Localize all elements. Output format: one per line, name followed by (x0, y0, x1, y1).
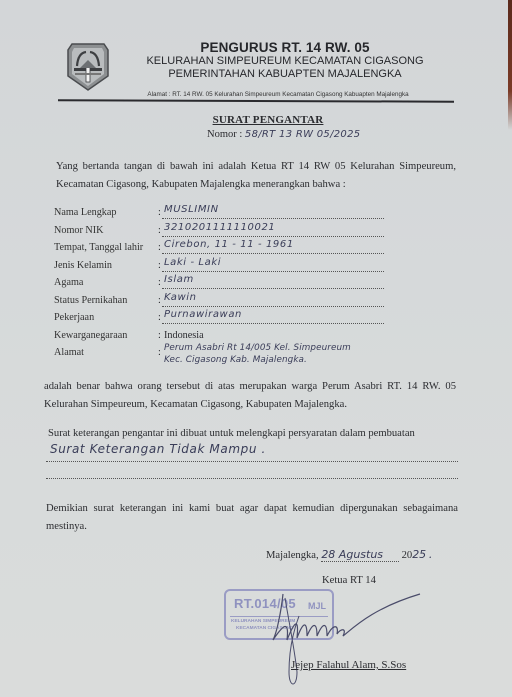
date-year-suffix: 25 (412, 548, 426, 561)
field-label: Alamat (54, 347, 84, 358)
handwritten-signature-icon (255, 592, 435, 692)
letterhead-address: Alamat : RT. 14 RW. 05 Kelurahan Simpeur… (108, 91, 448, 98)
background-edge (508, 0, 512, 130)
field-label: Tempat, Tanggal lahir (54, 242, 143, 253)
field-label: Pekerjaan (54, 312, 94, 323)
field-nama: Nama Lengkap : MUSLIMIN (54, 205, 384, 223)
field-label: Nomor NIK (54, 225, 104, 236)
letterhead-divider (58, 99, 454, 103)
letterhead-kabupaten: PEMERINTAHAN KABUAPTEN MAJALENGKA (120, 68, 450, 81)
signer-name: Jejep Falahul Alam, S.Sos (291, 659, 406, 671)
letterhead: PENGURUS RT. 14 RW. 05 KELURAHAN SIMPEUR… (120, 40, 450, 80)
field-jenis-kelamin: Jenis Kelamin : Laki - Laki (54, 258, 384, 276)
date-place: Majalengka, (266, 550, 319, 561)
field-value: MUSLIMIN (164, 204, 219, 215)
field-nik: Nomor NIK : 3210201111110021 (54, 223, 384, 241)
field-value: Kawin (164, 292, 197, 303)
statement-paragraph: adalah benar bahwa orang tersebut di ata… (44, 378, 456, 414)
emblem-logo-icon (66, 40, 110, 92)
field-value: 3210201111110021 (164, 222, 275, 233)
field-label: Kewarganegaraan (54, 330, 127, 341)
field-ttl: Tempat, Tanggal lahir : Cirebon, 11 - 11… (54, 240, 384, 258)
field-value: Purnawirawan (164, 309, 242, 320)
address-line-2: Kec. Cigasong Kab. Majalengka. (164, 354, 351, 366)
letterhead-kelurahan: KELURAHAN SIMPEUREUM KECAMATAN CIGASONG (120, 55, 450, 68)
document-title: SURAT PENGANTAR (0, 114, 512, 126)
field-value: Indonesia (164, 330, 204, 341)
field-label: Status Pernikahan (54, 295, 127, 306)
field-label: Nama Lengkap (54, 207, 117, 218)
intro-paragraph: Yang bertanda tangan di bawah ini adalah… (56, 158, 456, 194)
document-number-value: 58/RT 13 RW 05/2025 (245, 129, 361, 140)
closing-paragraph: Demikian surat keterangan ini kami buat … (46, 500, 458, 536)
letterhead-org: PENGURUS RT. 14 RW. 05 (120, 40, 450, 55)
field-value: Islam (164, 274, 194, 285)
purpose-line: Surat Keterangan Tidak Mampu . (46, 441, 458, 462)
field-value: Cirebon, 11 - 11 - 1961 (164, 239, 294, 250)
field-pekerjaan: Pekerjaan : Purnawirawan (54, 310, 384, 328)
field-label: Agama (54, 277, 83, 288)
date-line: Majalengka, 28 Agustus 2025 . (266, 548, 432, 562)
field-status-pernikahan: Status Pernikahan : Kawin (54, 293, 384, 311)
identity-fields: Nama Lengkap : MUSLIMIN Nomor NIK : 3210… (54, 205, 384, 375)
field-value: Laki - Laki (164, 257, 221, 268)
blank-dotted-line (46, 478, 458, 479)
date-year-prefix: 20 (402, 550, 413, 561)
date-trail: . (429, 548, 433, 561)
document-number: Nomor : 58/RT 13 RW 05/2025 (207, 129, 360, 140)
field-alamat: Alamat : Perum Asabri Rt 14/005 Kel. Sim… (54, 345, 384, 375)
document-number-label: Nomor : (207, 129, 242, 140)
date-day-month: 28 Agustus (321, 548, 383, 561)
field-agama: Agama : Islam (54, 275, 384, 293)
signer-role: Ketua RT 14 (322, 575, 376, 586)
field-value: Perum Asabri Rt 14/005 Kel. Simpeureum K… (164, 342, 351, 366)
address-line-1: Perum Asabri Rt 14/005 Kel. Simpeureum (164, 342, 351, 354)
field-label: Jenis Kelamin (54, 260, 112, 271)
purpose-value: Surat Keterangan Tidak Mampu . (50, 442, 266, 456)
